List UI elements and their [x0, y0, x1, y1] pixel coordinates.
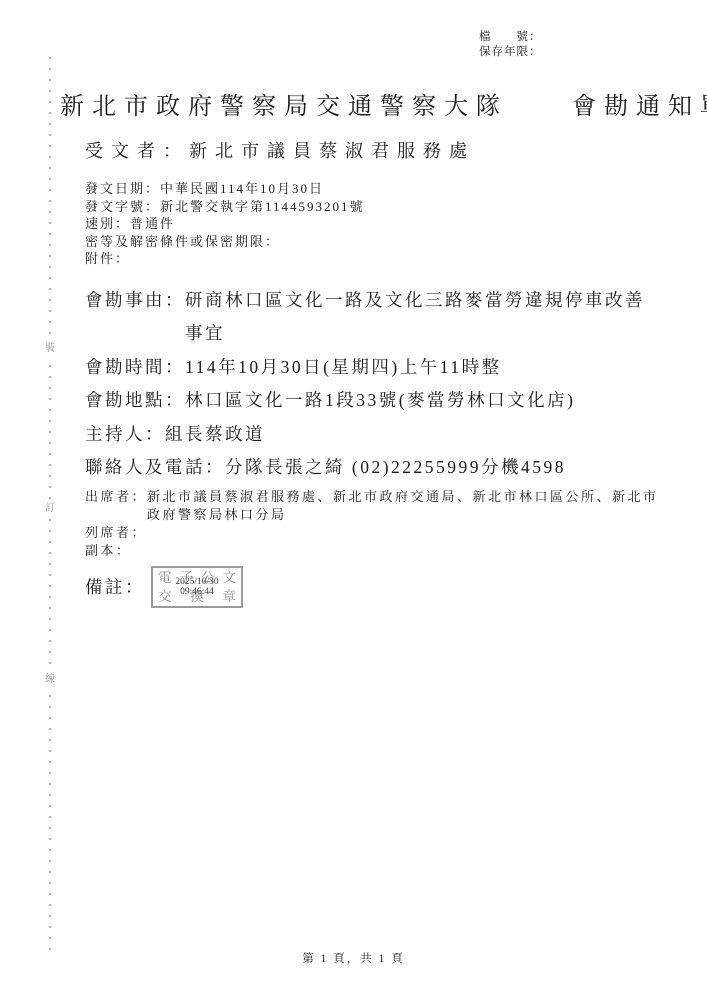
attachment-label: 附件：: [85, 251, 130, 266]
attachment-line: 附件：: [85, 250, 667, 268]
stamp-time: 09:46:44: [180, 587, 214, 597]
issue-date-line: 發文日期：中華民國114年10月30日: [85, 180, 667, 198]
page-footer: 第 1 頁，共 1 頁: [0, 950, 707, 966]
stamp-date: 2025/10/30: [175, 577, 218, 587]
host-value: 組長蔡政道: [165, 418, 265, 452]
doc-number-value: 新北警交執字第1144593201號: [160, 199, 365, 214]
remark-row: 備註： 電子公文 交換章 2025/10/30 09:46:44: [85, 562, 667, 612]
observers-label: 列席者：: [85, 524, 667, 542]
cc-label: 副本：: [85, 542, 667, 560]
subject-label: 會勘事由：: [85, 284, 185, 318]
priority-label: 速別：: [85, 216, 130, 231]
meta-block: 發文日期：中華民國114年10月30日 發文字號：新北警交執字第11445932…: [85, 180, 667, 268]
remark-label: 備註：: [85, 574, 145, 599]
doc-number-line: 發文字號：新北警交執字第1144593201號: [85, 198, 667, 216]
contact-row: 聯絡人及電話： 分隊長張之綺 (02)22255999分機4598: [85, 451, 667, 485]
recipient-value: 新北市議員蔡淑君服務處: [189, 141, 475, 161]
location-row: 會勘地點： 林口區文化一路1段33號(麥當勞林口文化店): [85, 384, 667, 418]
priority-line: 速別：普通件: [85, 215, 667, 233]
time-value: 114年10月30日(星期四)上午11時整: [185, 351, 502, 385]
subject-row: 會勘事由： 研商林口區文化一路及文化三路麥當勞違規停車改善事宜: [85, 284, 667, 351]
document-body: 受文者：新北市議員蔡淑君服務處 發文日期：中華民國114年10月30日 發文字號…: [85, 138, 667, 612]
host-row: 主持人： 組長蔡政道: [85, 418, 667, 452]
attendees-label: 出席者：: [85, 488, 147, 506]
doc-number-label: 發文字號：: [85, 199, 160, 214]
retention-period-label: 保存年限：: [479, 45, 542, 60]
classification-line: 密等及解密條件或保密期限：: [85, 233, 667, 251]
electronic-exchange-stamp: 電子公文 交換章 2025/10/30 09:46:44: [151, 566, 243, 608]
document-page: 裝 訂 線 檔 號： 保存年限： 新北市政府警察局交通警察大隊 會勘通知單 受文…: [0, 0, 707, 1000]
priority-value: 普通件: [130, 216, 175, 231]
inspection-fields: 會勘事由： 研商林口區文化一路及文化三路麥當勞違規停車改善事宜 會勘時間： 11…: [85, 284, 667, 485]
attendees-row: 出席者： 新北市議員蔡淑君服務處、新北市政府交通局、新北市林口區公所、新北市政府…: [85, 488, 667, 524]
binding-mark-zhuang: 裝: [45, 341, 55, 357]
recipient-line: 受文者：新北市議員蔡淑君服務處: [85, 138, 667, 164]
file-number-label: 檔 號：: [479, 30, 542, 45]
time-label: 會勘時間：: [85, 351, 185, 385]
subject-value: 研商林口區文化一路及文化三路麥當勞違規停車改善事宜: [185, 284, 651, 351]
attendees-block: 出席者： 新北市議員蔡淑君服務處、新北市政府交通局、新北市林口區公所、新北市政府…: [85, 488, 667, 560]
location-label: 會勘地點：: [85, 384, 185, 418]
time-row: 會勘時間： 114年10月30日(星期四)上午11時整: [85, 351, 667, 385]
binding-mark-ding: 訂: [45, 501, 55, 517]
host-label: 主持人：: [85, 418, 165, 452]
page-title: 新北市政府警察局交通警察大隊 會勘通知單: [60, 86, 667, 121]
attendees-value: 新北市議員蔡淑君服務處、新北市政府交通局、新北市林口區公所、新北市政府警察局林口…: [147, 488, 663, 524]
contact-label: 聯絡人及電話：: [85, 451, 225, 485]
contact-value: 分隊長張之綺 (02)22255999分機4598: [225, 451, 566, 485]
issue-date-label: 發文日期：: [85, 181, 160, 196]
file-number-block: 檔 號： 保存年限：: [479, 30, 542, 60]
recipient-label: 受文者：: [85, 141, 189, 161]
binding-mark-xian: 線: [45, 672, 55, 688]
location-value: 林口區文化一路1段33號(麥當勞林口文化店): [185, 384, 575, 418]
stamp-datetime: 2025/10/30 09:46:44: [153, 577, 241, 597]
issue-date-value: 中華民國114年10月30日: [160, 181, 324, 196]
classification-label: 密等及解密條件或保密期限：: [85, 234, 280, 249]
